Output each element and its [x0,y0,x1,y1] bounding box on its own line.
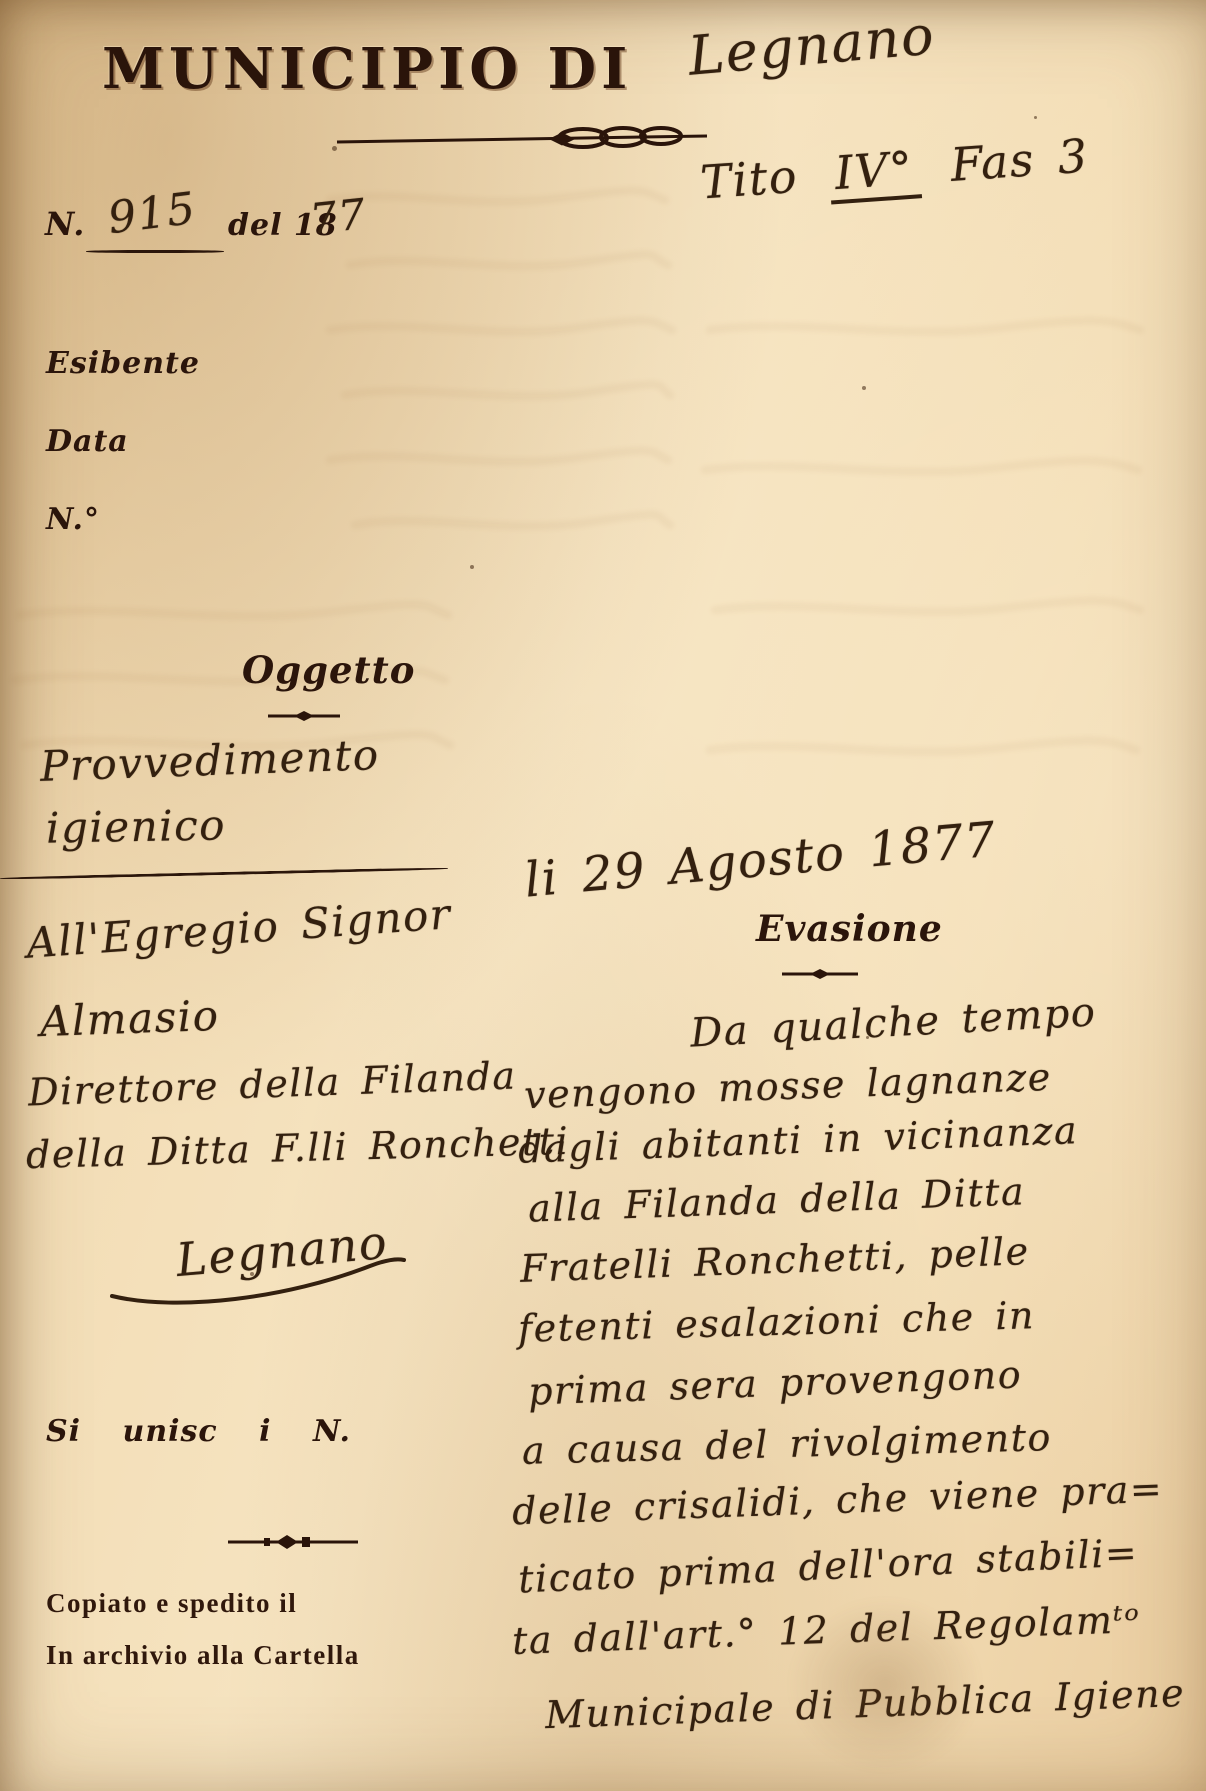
classification-post: Fas 3 [949,129,1091,193]
field-label-numero: N.° [46,502,100,537]
oggetto-ornament [268,708,340,724]
ink-speck [866,1036,869,1039]
classification-numeral: IV° [827,140,922,204]
ink-speck [1034,116,1037,119]
header-divider-ornament [335,122,710,154]
ink-speck [862,386,866,390]
oggetto-text-line-2: igienico [46,800,227,852]
field-label-data: Data [46,424,129,459]
evasione-ornament [782,966,858,982]
protocol-number-underline [86,250,224,253]
oggetto-heading: Oggetto [242,648,415,692]
protocol-number-label: N. [45,205,85,243]
attachments-note: Si unisc i N. [46,1414,351,1449]
address-line-2: Almasio [39,991,220,1046]
footer-archivio: In archivio alla Cartella [46,1640,360,1671]
ink-speck [250,1272,254,1276]
document-page: MUNICIPIO DI Legnano Tito IV° Fas 3 N. 9… [0,0,1206,1791]
protocol-year-value: 77 [308,189,369,244]
legnano-flourish [108,1252,408,1314]
page-title: MUNICIPIO DI [102,36,632,102]
footer-ornament [228,1532,358,1552]
classification-pre: Tito [699,149,800,210]
footer-copiato: Copiato e spedito il [46,1588,297,1619]
protocol-number-value: 915 [105,183,199,244]
ink-speck [470,565,474,569]
evasione-heading: Evasione [756,908,943,950]
ink-smudge [780,1590,990,1780]
ink-speck [332,146,337,151]
field-label-esibente: Esibente [46,346,200,381]
